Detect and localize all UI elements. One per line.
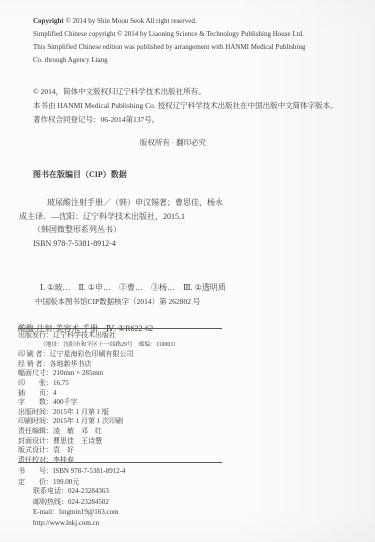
publication-label: 定 价： (18, 478, 53, 486)
publisher-address-row: （地址：沈阳市和平区十一纬路29号 邮编：110003） (18, 341, 338, 351)
publication-value: 各地新华书店 (50, 360, 92, 368)
contact-block: 联系电话：024-23284363 邮购热线：024-23284502 E-ma… (33, 486, 333, 529)
cip-header: 图书在版编目（CIP）数据 (33, 169, 127, 180)
publication-row: 责任校对：李桂春 (18, 456, 338, 466)
english-copyright-line: Co. through Agency Liang (33, 54, 333, 67)
publication-row: 责任编辑：凌 敏 邓 红 (18, 427, 338, 437)
isbn-row: 书 号：ISBN 978-7-5381-8912-4 (18, 466, 338, 477)
divider-rule-top (18, 328, 222, 329)
publication-label: 出版发行： (18, 331, 53, 339)
publication-row: 印刷时间：2015年 1 月第 1 次印刷 (18, 417, 338, 427)
publication-value: 袁 好 (53, 446, 74, 454)
publication-value: 4 (53, 389, 57, 397)
publication-row: 插 页：4 (18, 389, 338, 399)
contact-website: http://www.lnkj.com.cn (33, 518, 333, 529)
chinese-copyright-line: 本书由 HANMI Medical Publishing Co. 授权辽宁科学技… (33, 99, 353, 113)
cip-line: （韩国微整形系列丛书） (19, 223, 349, 237)
publication-row: 版式设计：袁 好 (18, 446, 338, 456)
chinese-copyright-line: © 2014，简体中文版权归辽宁科学技术出版社所有。 (33, 85, 353, 99)
cip-description: 玻尿酸注射手册／（韩）申汶锡著；曹思佳，杨永 成主译．—沈阳：辽宁科学技术出版社… (19, 196, 349, 250)
copyright-word: Copyright (33, 17, 64, 25)
publication-row: 印 刷 者：辽宁星海彩色印刷有限公司 (18, 350, 338, 360)
cip-classification-line: Ⅰ. ①玻… Ⅱ. ①申… ②曹… ③杨… Ⅲ. ①透明质 (18, 281, 358, 295)
publication-label: 出版时间： (18, 408, 53, 416)
publication-row: 幅面尺寸：210mm × 285mm (18, 369, 338, 379)
publication-label: 印 张： (18, 379, 53, 387)
publication-info-block: 出版发行：辽宁科学技术出版社 （地址：沈阳市和平区十一纬路29号 邮编：1100… (18, 331, 338, 465)
contact-phone: 联系电话：024-23284363 (33, 486, 333, 497)
publication-row: 印 张：16.75 (18, 379, 338, 389)
isbn-value: ISBN 978-7-5381-8912-4 (53, 467, 126, 475)
publication-value: （地址：沈阳市和平区十一纬路29号 邮编：110003） (40, 342, 179, 348)
publication-value: 2015年 1 月第 1 次印刷 (53, 417, 123, 425)
publication-label: 封面设计： (18, 437, 53, 445)
publication-row: 封面设计：曹思佳 王诗慧 (18, 437, 338, 447)
contact-mail-order: 邮购热线：024-23284502 (33, 497, 333, 508)
english-copyright-line: Simplified Chinese copyright © 2014 by L… (33, 28, 333, 41)
publication-value: 凌 敏 邓 红 (53, 427, 102, 435)
publication-value: 210mm × 285mm (53, 369, 103, 377)
publication-label: 责任编辑： (18, 427, 53, 435)
publication-row: 字 数：400千字 (18, 398, 338, 408)
publication-value: 400千字 (53, 398, 78, 406)
publication-label: 版式设计： (18, 446, 53, 454)
publication-label: 幅面尺寸： (18, 369, 53, 377)
cip-record-number: 中国版本图书馆CIP数据核字（2014）第 262802 号 (35, 296, 200, 307)
publication-value: 辽宁星海彩色印刷有限公司 (50, 350, 134, 358)
publication-label: 经 销 者： (18, 360, 50, 368)
publication-row: 出版发行：辽宁科学技术出版社 (18, 331, 338, 341)
publication-row: 出版时间：2015年 1 月第 1 版 (18, 408, 338, 418)
isbn-price-block: 书 号：ISBN 978-7-5381-8912-4 定 价：199.00元 (18, 466, 338, 487)
divider-rule-bottom (18, 462, 222, 463)
publication-label: 印 刷 者： (18, 350, 50, 358)
english-copyright-line: Copyright © 2014 by Shin Moon Seok All r… (33, 15, 333, 28)
publication-label: 印刷时间： (18, 417, 53, 425)
english-copyright-line: This Simplified Chinese edition was publ… (33, 41, 333, 54)
publication-label: 字 数： (18, 398, 53, 406)
publication-value: 曹思佳 王诗慧 (53, 437, 102, 445)
publication-label: 插 页： (18, 389, 53, 397)
publication-value: 16.75 (53, 379, 69, 387)
english-copyright-block: Copyright © 2014 by Shin Moon Seok All r… (33, 15, 333, 67)
chinese-copyright-line: 著作权合同登记号：06-2014第137号。 (33, 113, 353, 127)
publication-value: 辽宁科学技术出版社 (53, 331, 116, 339)
rights-notice: 版权所有 · 翻印必究 (33, 137, 313, 148)
price-value: 199.00元 (53, 478, 79, 486)
publication-value: 2015年 1 月第 1 版 (53, 408, 109, 416)
cip-isbn-line: ISBN 978-7-5381-8912-4 (19, 237, 349, 251)
cip-line: 成主译．—沈阳：辽宁科学技术出版社，2015.1 (19, 210, 349, 224)
cip-line: 玻尿酸注射手册／（韩）申汶锡著；曹思佳，杨永 (19, 196, 349, 210)
publication-row: 经 销 者：各地新华书店 (18, 360, 338, 370)
book-copyright-page: Copyright © 2014 by Shin Moon Seok All r… (0, 0, 375, 542)
chinese-copyright-block: © 2014，简体中文版权归辽宁科学技术出版社所有。 本书由 HANMI Med… (33, 85, 353, 127)
publication-label: 书 号： (18, 467, 53, 475)
contact-email: E-mail：lingmin19@163.com (33, 507, 333, 518)
